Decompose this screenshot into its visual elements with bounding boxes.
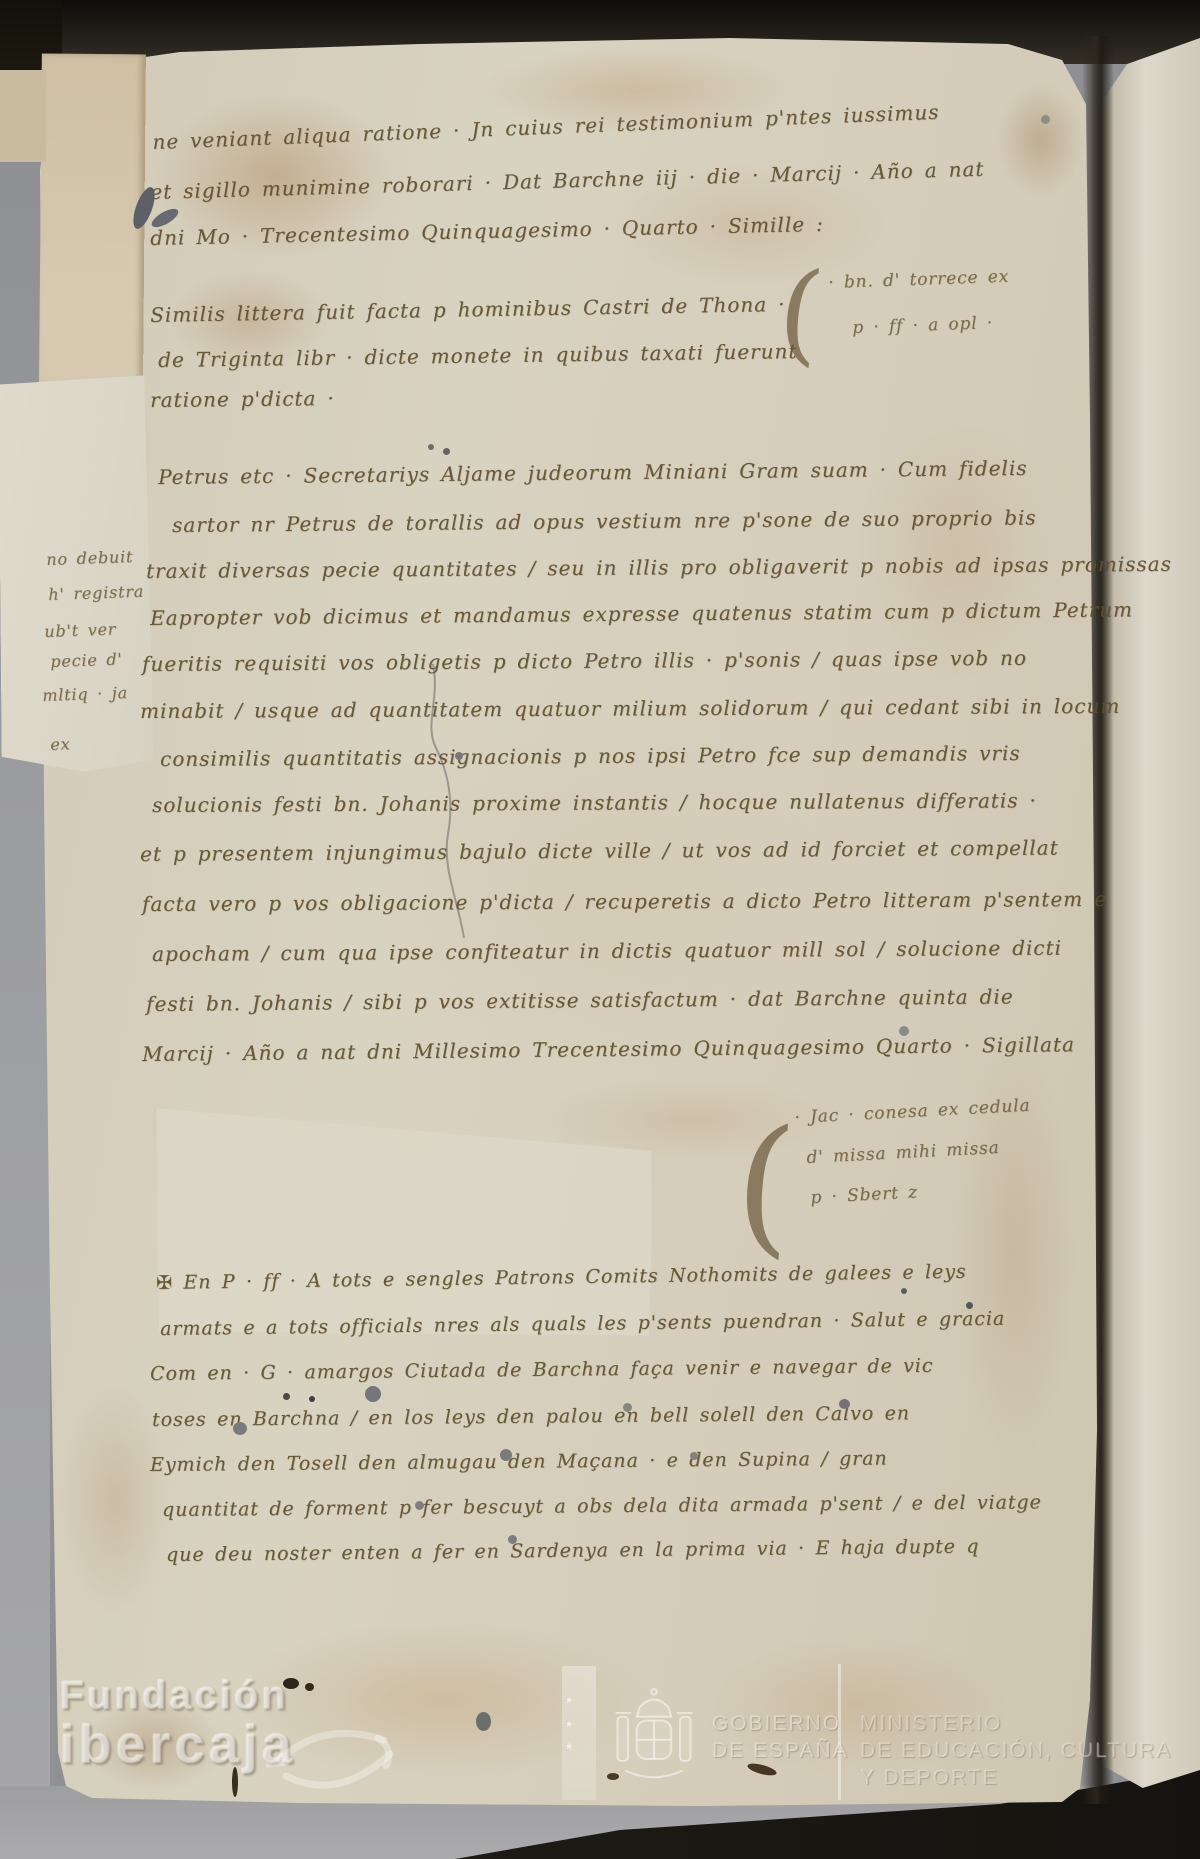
watermark-ministry-line3: Y DEPORTE xyxy=(860,1766,999,1790)
watermark-ministry-line2: DE EDUCACIÓN, CULTURA xyxy=(860,1739,1172,1763)
watermark-government-line1: GOBIERNO xyxy=(712,1712,841,1736)
spain-coat-of-arms-icon xyxy=(606,1684,702,1786)
divider-line xyxy=(838,1664,841,1800)
flag-bar: ★ ★ ★ xyxy=(562,1666,596,1800)
watermark-ministry-line1: MINISTERIO xyxy=(860,1712,1003,1736)
watermark-foundation-brand: ibercaja xyxy=(60,1714,296,1776)
crease-line xyxy=(0,0,1200,1859)
watermark-government-line2: DE ESPAÑA xyxy=(712,1739,849,1763)
star-icon: ★ xyxy=(565,1742,573,1752)
ibercaja-logo-icon xyxy=(266,1712,412,1792)
manuscript-photo: ne veniant aliqua ratione · Jn cuius rei… xyxy=(0,0,1200,1859)
star-icon: ★ xyxy=(565,1720,573,1730)
star-icon: ★ xyxy=(565,1696,573,1706)
watermark-foundation-name: Fundación xyxy=(60,1674,289,1719)
